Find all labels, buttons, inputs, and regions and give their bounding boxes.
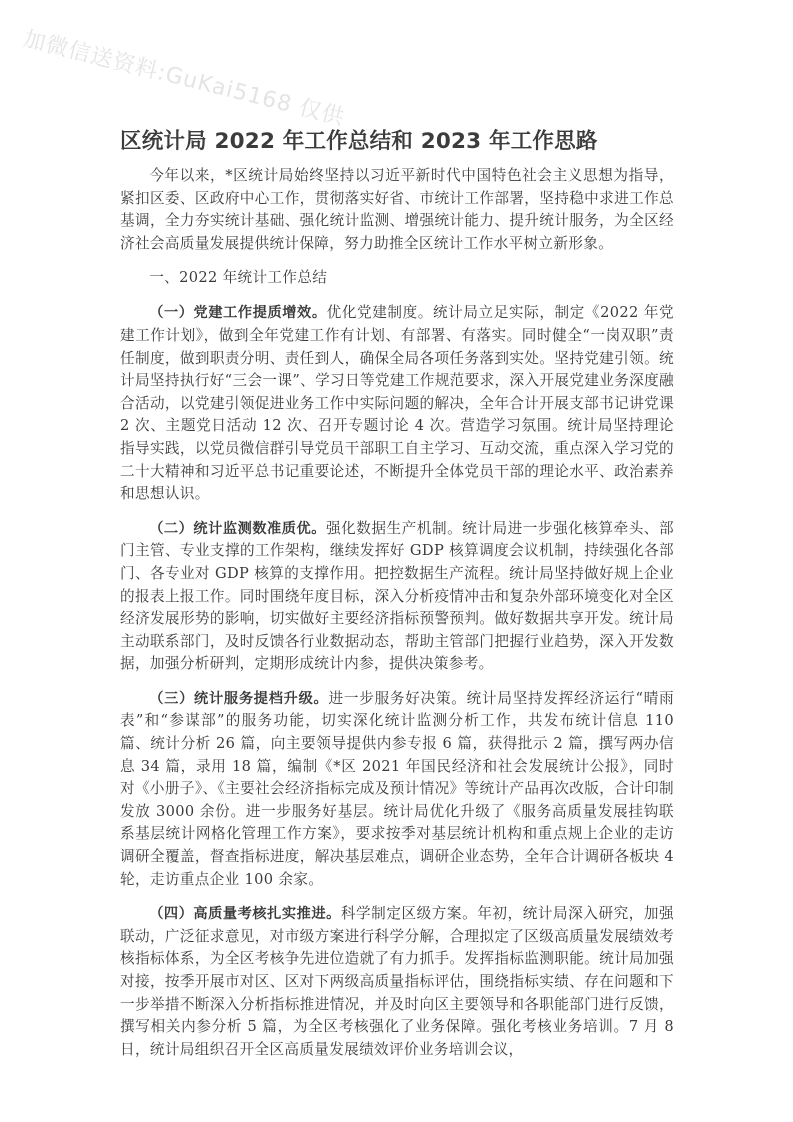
paragraph-lead: （三）统计服务提档升级。 [149,691,328,707]
paragraph-body: 强化数据生产机制。统计局进一步强化核算牵头、部门主管、专业支撑的工作架构，继续发… [120,520,674,673]
paragraph-body: 科学制定区级方案。年初，统计局深入研究，加强联动，广泛征求意见，对市级方案进行科… [120,905,674,1058]
paragraph-lead: （一）党建工作提质增效。 [149,305,326,321]
document-page: 区统计局 2022 年工作总结和 2023 年工作思路 今年以来，*区统计局始终… [120,125,674,1061]
paragraph-party-building: （一）党建工作提质增效。优化党建制度。统计局立足实际，制定《2022 年党建工作… [120,302,674,505]
intro-paragraph: 今年以来，*区统计局始终坚持以习近平新时代中国特色社会主义思想为指导，紧扣区委、… [120,165,674,255]
watermark-text: 加微信送资料:GuKai5168 仅供 [21,22,349,132]
paragraph-statistical-services: （三）统计服务提档升级。进一步服务好决策。统计局坚持发挥经济运行“晴雨表”和“参… [120,688,674,891]
section-heading: 一、2022 年统计工作总结 [120,267,674,290]
paragraph-body: 优化党建制度。统计局立足实际，制定《2022 年党建工作计划》，做到全年党建工作… [120,304,674,502]
paragraph-lead: （二）统计监测数准质优。 [149,521,326,537]
paragraph-lead: （四）高质量考核扎实推进。 [149,906,341,922]
paragraph-statistical-monitoring: （二）统计监测数准质优。强化数据生产机制。统计局进一步强化核算牵头、部门主管、专… [120,518,674,676]
document-title: 区统计局 2022 年工作总结和 2023 年工作思路 [120,125,674,163]
paragraph-quality-assessment: （四）高质量考核扎实推进。科学制定区级方案。年初，统计局深入研究，加强联动，广泛… [120,903,674,1061]
paragraph-body: 进一步服务好决策。统计局坚持发挥经济运行“晴雨表”和“参谋部”的服务功能，切实深… [120,690,674,888]
